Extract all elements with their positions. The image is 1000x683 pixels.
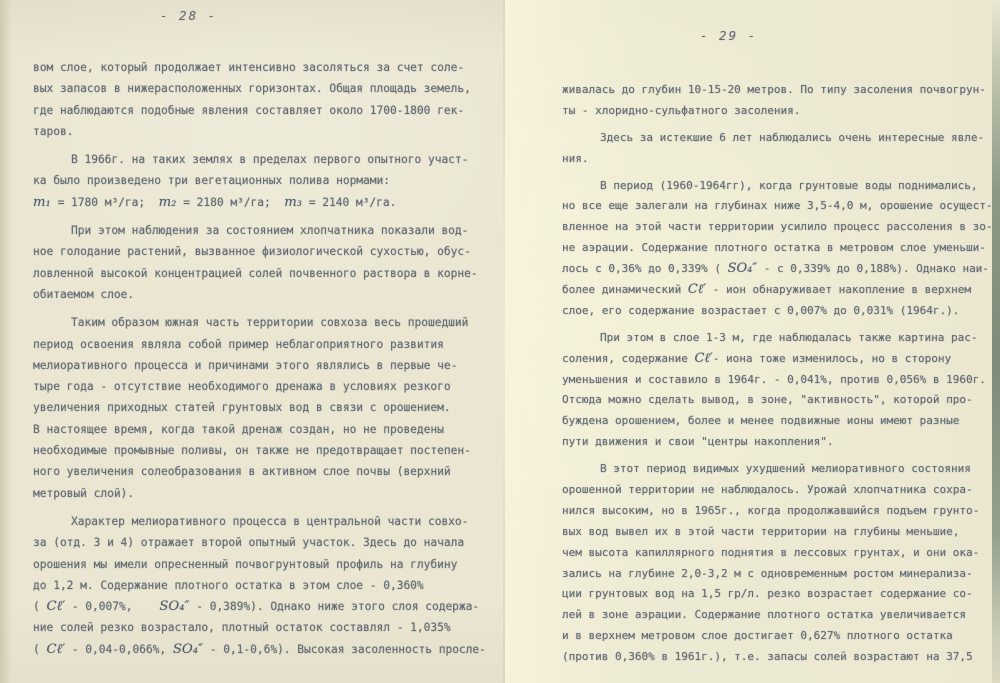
text-line: до 1,2 м. Содержание плотного остатка в … bbox=[33, 575, 485, 596]
page-28-text: вом слое, который продолжает интенсивно … bbox=[33, 57, 485, 660]
text-line: мелиоративного процесса и причинами этог… bbox=[33, 355, 485, 376]
text-line: пути движения и свои "центры накопления"… bbox=[562, 432, 1000, 453]
text-line: необходимые промывные поливы, он также н… bbox=[33, 440, 485, 461]
text-line: тыре года - отсутствие необходимого дрен… bbox=[33, 376, 485, 397]
text-line: Таким образом южная часть территории сов… bbox=[33, 312, 485, 333]
paragraph: При этом наблюдения за состоянием хлопча… bbox=[33, 220, 485, 305]
page-gutter bbox=[503, 0, 505, 683]
text-line: не аэрации. Содержание плотного остатка … bbox=[562, 238, 1000, 259]
page-number: - 28 - bbox=[160, 8, 217, 23]
text-line: Характер мелиоративного процесса в центр… bbox=[33, 511, 485, 532]
paragraph: В период (1960-1964гг), когда грунтовые … bbox=[562, 176, 1000, 322]
text-line: Отсюда можно сделать вывод, в зоне, "акт… bbox=[562, 390, 1000, 411]
text-line: ние солей резко возрастало, плотный оста… bbox=[33, 617, 485, 638]
text-line: ное голодание растений, вызванное физиол… bbox=[33, 241, 485, 262]
paragraph: Здесь за истекшие 6 лет наблюдались очен… bbox=[562, 128, 1000, 170]
text-line: В 1966г. на таких землях в пределах перв… bbox=[33, 149, 485, 170]
text-line: вых вод вывел их в этой части территории… bbox=[562, 522, 1000, 543]
text-line-chemical: более динамический Cℓ′ - ион обнаруживае… bbox=[562, 280, 1000, 301]
text-line: В этот период видимых ухудшений мелиорат… bbox=[562, 459, 1000, 480]
text-line-chemical: лось с 0,36% до 0,339% ( SO₄″ - с 0,339%… bbox=[562, 259, 1000, 280]
text-line: период освоения являла собой пример небл… bbox=[33, 334, 485, 355]
text-line: ты - хлоридно-сульфатного засоления. bbox=[562, 101, 1000, 122]
paragraph: вом слое, который продолжает интенсивно … bbox=[33, 57, 485, 142]
irrigation-norms-formula: m₁ = 1780 м³/га; m₂ = 2180 м³/га; m₃ = 2… bbox=[33, 192, 485, 213]
text-line: за (отд. 3 и 4) отражает второй опытный … bbox=[33, 532, 485, 553]
book-edge bbox=[992, 0, 1000, 683]
text-line: (против 0,360% в 1961г.), т.е. запасы со… bbox=[562, 647, 1000, 668]
text-line: Здесь за истекшие 6 лет наблюдались очен… bbox=[562, 128, 1000, 149]
text-line: лей в зоне аэрации. Содержание плотного … bbox=[562, 605, 1000, 626]
page-29-text: живалась до глубин 10-15-20 метров. По т… bbox=[562, 80, 1000, 668]
text-line: увеличения приходных статей грунтовых во… bbox=[33, 397, 485, 418]
text-line: обитаемом слое. bbox=[33, 284, 485, 305]
text-line: ния. bbox=[562, 149, 1000, 170]
text-line: ции грунтовых вод на 1,5 гр/л. резко воз… bbox=[562, 584, 1000, 605]
page-number: - 29 - bbox=[700, 28, 757, 43]
text-line: уменьшения и составило в 1964г. - 0,041%… bbox=[562, 370, 1000, 391]
text-line: нился высоким, но в 1965г., когда продол… bbox=[562, 501, 1000, 522]
text-line: буждена орошением, более и менее подвижн… bbox=[562, 411, 1000, 432]
text-line-chemical: ( Cℓ′ - 0,007%, SO₄″ - 0,389%). Однако н… bbox=[33, 596, 485, 617]
text-line-chemical: соления, содержание Cℓ′- иона тоже измен… bbox=[562, 349, 1000, 370]
text-line: где наблюдаются подобные явления составл… bbox=[33, 100, 485, 121]
text-line: орошенной территории не наблюдалось. Уро… bbox=[562, 480, 1000, 501]
paragraph: Характер мелиоративного процесса в центр… bbox=[33, 511, 485, 660]
text-line: При этом наблюдения за состоянием хлопча… bbox=[33, 220, 485, 241]
text-line: но все еще залегали на глубинах ниже 3,5… bbox=[562, 196, 1000, 217]
text-line: В настоящее время, когда такой дренаж со… bbox=[33, 419, 485, 440]
text-line: и в верхнем метровом слое достигает 0,62… bbox=[562, 626, 1000, 647]
text-line-chemical: ( Cℓ′ - 0,04-0,066%, SO₄″ - 0,1-0,6%). В… bbox=[33, 639, 485, 660]
paragraph: живалась до глубин 10-15-20 метров. По т… bbox=[562, 80, 1000, 122]
text-line: При этом в слое 1-3 м, где наблюдалась т… bbox=[562, 328, 1000, 349]
text-line: слое, его содержание возрастает с 0,007%… bbox=[562, 301, 1000, 322]
text-line: вых запасов в нижерасположенных горизонт… bbox=[33, 78, 485, 99]
text-line: метровый слой). bbox=[33, 483, 485, 504]
text-line: ловленной высокой концентрацией солей по… bbox=[33, 263, 485, 284]
text-line: ного увеличения солеобразования в активн… bbox=[33, 461, 485, 482]
paragraph: Таким образом южная часть территории сов… bbox=[33, 312, 485, 504]
paragraph: В этот период видимых ухудшений мелиорат… bbox=[562, 459, 1000, 668]
text-line: чем высота капиллярного поднятия в лессо… bbox=[562, 543, 1000, 564]
text-line: зались на глубине 2,0-3,2 м с одновремен… bbox=[562, 564, 1000, 585]
book-spread: - 28 - вом слое, который продолжает инте… bbox=[0, 0, 1000, 683]
text-line: вленное на этой части территории усилило… bbox=[562, 217, 1000, 238]
paragraph: В 1966г. на таких землях в пределах перв… bbox=[33, 149, 485, 213]
text-line: В период (1960-1964гг), когда грунтовые … bbox=[562, 176, 1000, 197]
paragraph: При этом в слое 1-3 м, где наблюдалась т… bbox=[562, 328, 1000, 453]
text-line: вом слое, который продолжает интенсивно … bbox=[33, 57, 485, 78]
text-line: ка было произведено три вегетационных по… bbox=[33, 170, 485, 191]
text-line: таров. bbox=[33, 121, 485, 142]
text-line: орошения мы имели опресненный почвогрунт… bbox=[33, 554, 485, 575]
text-line: живалась до глубин 10-15-20 метров. По т… bbox=[562, 80, 1000, 101]
